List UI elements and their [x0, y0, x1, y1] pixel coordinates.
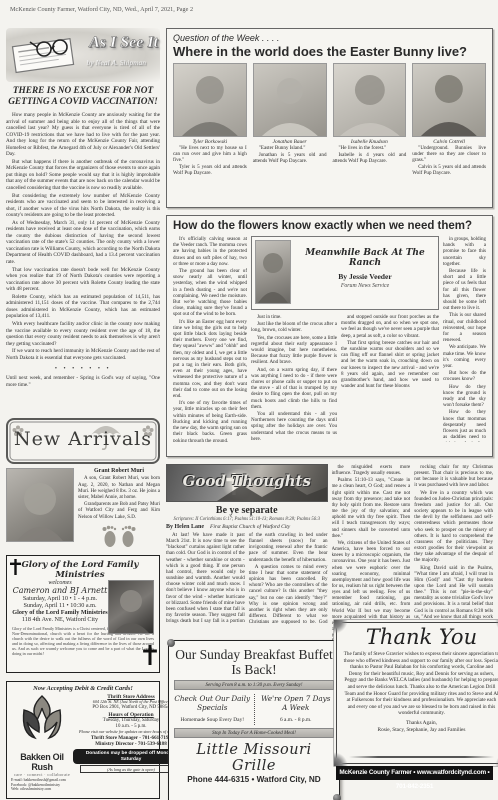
flowers-article-section: How do the flowers know exactly when we …	[166, 215, 493, 457]
grille-left-column: Check Out Our Daily Specials Homemade So…	[174, 694, 251, 725]
grille-hours-text: 6 a.m. - 8 p.m.	[258, 716, 335, 725]
sermon-columns-1-2: At last! We have made it past March 21st…	[166, 532, 328, 628]
grille-ad: Our Sunday Breakfast Buffet Is Back! Ser…	[168, 640, 340, 800]
paragraph: Just like the bloom of the crocus after …	[251, 321, 337, 333]
paragraph: We live in a country which was founded o…	[414, 490, 493, 564]
grille-specials-text: Check Out Our Daily Specials	[174, 694, 251, 712]
dotted-divider	[254, 694, 255, 725]
paragraph: But what happens if there is another out…	[6, 159, 160, 192]
kid-info: Jonathan is 5 years old and attends Wolf…	[253, 152, 327, 164]
corner-flourish-icon	[334, 620, 348, 634]
flowers-headline: How do the flowers know exactly when we …	[173, 220, 486, 232]
paragraph: With every healthcare facility and/or cl…	[6, 321, 160, 347]
column-author: By Jessie Veeder	[295, 272, 435, 281]
kid-photo-calvin	[412, 63, 486, 137]
section-divider-dots: • • • • • • •	[6, 366, 160, 372]
column-title: Meanwhile Back At The Ranch	[295, 248, 435, 268]
flowers-column-1: It's officially calving season at the Ve…	[173, 236, 247, 442]
paragraph: This is our shared ritual, our childhood…	[443, 312, 486, 343]
paragraph: How many people in McKenzie County are a…	[6, 112, 160, 158]
editorial-headline: THERE IS NO EXCUSE FOR NOT GETTING A COV…	[6, 86, 160, 108]
grille-name: Little Missouri Grille	[174, 742, 334, 774]
paragraph: Rolette County, which has an estimated p…	[6, 294, 160, 320]
footprints-icon	[100, 523, 138, 549]
glory-ad-guests: Cameron and BJ Arnett	[12, 586, 108, 595]
paragraph: The ground has been clear of snow nearly…	[173, 268, 247, 318]
paragraph: How do they know the ground is ready and…	[443, 384, 486, 409]
paragraph: rocking chair for my Christmas present. …	[414, 464, 493, 489]
birth-announcement: Grant Robert Muri A son, Grant Robert Mu…	[78, 468, 160, 549]
paragraph: It's officially calving season at the Ve…	[173, 236, 247, 267]
good-thoughts-left: Good Thoughts Be ye separate Scriptures:…	[166, 464, 328, 640]
grille-stopin-banner: Stop In Today For A Home-Cooked Meal!	[174, 728, 334, 738]
sermon-column-3: the misguided exerts more influence. Tra…	[332, 464, 411, 640]
paragraph: Psalms 51:10-13 says, "Create in me a cl…	[332, 477, 411, 539]
guest-speaker-photo	[108, 580, 154, 634]
paragraph: Grandparents are Bob and Patsy Muri of W…	[78, 502, 160, 521]
scriptures-line: Scriptures: II Corinthians 6:17; Psalms …	[166, 517, 328, 522]
bakken-oil-rush-ad: Now Accepting Debit & Credit Cards! Bakk…	[6, 681, 160, 799]
editorial-closing: Until next week, and remember - Spring i…	[6, 375, 160, 388]
paragraph: and stopped outside our front porches as…	[341, 314, 439, 339]
kid-info: Tyler is 5 years old and attends Wolf Pu…	[173, 164, 247, 176]
paragraph: Yes, the crocuses are here, some a littl…	[251, 335, 337, 366]
grille-right-column: We're Open 7 Days A Week 6 a.m. - 8 p.m.	[258, 694, 335, 725]
paragraph: A son, Grant Robert Muri, was born Aug. …	[78, 476, 160, 501]
qow-headline: Where in the world does the Easter Bunny…	[173, 44, 486, 59]
kid-photo-isabelle	[333, 63, 407, 137]
paragraph: As of Wednesday, March 31, only 14 perce…	[6, 220, 160, 266]
gate-note: (As long as the gate is open)	[80, 765, 182, 773]
as-i-see-it-byline: by Neal A. Shipman	[87, 58, 146, 67]
kid-quote: "He lives in the forest."	[333, 145, 407, 151]
cross-icon	[10, 559, 21, 580]
paragraph: That low vaccination rate doesn't bode w…	[6, 267, 160, 293]
bakken-web: Web: oilrushministry.com	[11, 787, 73, 792]
cross-icon	[143, 645, 157, 670]
kid-info: Isabelle is 4 years old and attends Wolf…	[333, 152, 407, 164]
paragraph: How do they know that mommas desperately…	[443, 409, 486, 442]
newspaper-footer-bar: McKenzie County Farmer • www.watfordcity…	[336, 766, 493, 780]
kid-answer-card: Calvin Cottrell "Underground. Bunnies li…	[412, 63, 486, 178]
kid-quote: "He lives next to my house so I can run …	[173, 145, 247, 163]
left-column: As I See It by Neal A. Shipman THERE IS …	[6, 28, 160, 799]
page-header-line: McKenzie County Farmer, Watford City, ND…	[10, 6, 193, 13]
birth-announcement-text: A son, Grant Robert Muri, was born Aug. …	[78, 476, 160, 520]
new-arrivals-title-box: New Arrivals	[6, 418, 160, 464]
bakken-email: E-mail: bakkenoilrush@gmail.com	[11, 778, 73, 783]
corner-flourish-icon	[334, 752, 348, 766]
paragraph: But how do the crocuses know?	[443, 370, 486, 382]
newspaper-glasses-icon	[10, 32, 84, 83]
bakken-tagline: care · connect · collaborate	[11, 772, 73, 777]
flowers-column-4: in groups, holding hands with a promise …	[443, 236, 486, 442]
paragraph: But considering the extremely low number…	[6, 193, 160, 219]
good-thoughts-section: Good Thoughts Be ye separate Scriptures:…	[166, 464, 493, 640]
good-thoughts-title: Good Thoughts	[167, 472, 327, 490]
grille-open-text: We're Open 7 Days A Week	[258, 694, 335, 712]
paragraph: the misguided exerts more influence. Tra…	[332, 464, 411, 476]
kid-quote: "Underground. Bunnies live under there s…	[412, 145, 486, 163]
new-arrivals-content: Grant Robert Muri A son, Grant Robert Mu…	[6, 468, 160, 549]
kid-photo-jonathan	[253, 63, 327, 137]
column-source: Forum News Service	[295, 283, 435, 289]
as-i-see-it-masthead: As I See It by Neal A. Shipman	[6, 28, 160, 82]
kid-answer-card: Tyler Borkowski "He lives next to my hou…	[173, 63, 247, 178]
thank-you-title: Thank You	[343, 625, 498, 649]
baby-name: Grant Robert Muri	[78, 468, 160, 474]
paragraph: And, on a warm spring day, if there was …	[251, 367, 337, 410]
paragraph: It's like an Easter egg hunt every time …	[173, 319, 247, 400]
newspaper-page: McKenzie County Farmer, Watford City, ND…	[0, 0, 498, 800]
glory-ad-date2: Sunday, April 11 • 10:30 a.m.	[12, 602, 108, 609]
glory-ad-address: 118 4th Ave. NE, Watford City	[12, 616, 108, 623]
kid-answer-card: Isabelle Knudson "He lives in the forest…	[333, 63, 407, 178]
paragraph: We anticipate. We make time. We know it'…	[443, 344, 486, 369]
new-arrivals-title: New Arrivals	[8, 428, 158, 450]
thank-you-card: Thank You The family of Steve Gravrier w…	[336, 622, 498, 764]
qow-kicker: Question of the Week . . . .	[173, 33, 486, 43]
paragraph: Because life is short and a little piece…	[443, 268, 486, 311]
sermon-author: By Helen Lane	[166, 524, 204, 530]
good-thoughts-banner: Good Thoughts	[166, 464, 328, 502]
paragraph: It's one of my favorite times of year, l…	[173, 400, 247, 442]
paragraph: in groups, holding hands with a promise …	[443, 236, 486, 267]
jessie-veeder-photo	[255, 240, 291, 304]
new-arrivals-section: New Arrivals Grant Robert Muri A son, Gr…	[6, 418, 160, 549]
glory-ad-title: Glory of the Lord Family Ministries	[12, 560, 148, 580]
sermon-church: First Baptist Church of Watford City	[210, 524, 290, 530]
kid-photo-tyler	[173, 63, 247, 137]
grille-ad-title: Our Sunday Breakfast Buffet Is Back!	[174, 647, 334, 677]
bakken-logo-icon	[17, 694, 67, 746]
sermon-column-4: rocking chair for my Christmas present. …	[414, 464, 493, 640]
thank-you-sign1: Thanks Again,	[343, 720, 498, 727]
grille-phone: Phone 444-6315 • Watford City, ND	[174, 775, 334, 784]
swash-divider	[349, 756, 494, 758]
thank-you-body: The family of Steve Gravrier wishes to e…	[343, 651, 498, 717]
thank-you-sign2: Rosie, Stacy, Stephanie, Jay and Familie…	[343, 727, 498, 734]
as-i-see-it-logo: As I See It	[89, 34, 158, 52]
kid-answer-card: Jonathan Bauer "Easter Bunny Island." Jo…	[253, 63, 327, 178]
paragraph: You all understand this - all you Northe…	[251, 411, 337, 442]
glory-ad-date1: Saturday, April 10 • 1 - 4 p.m.	[12, 595, 108, 602]
bakken-store-name: Bakken Oil Rush	[11, 752, 73, 772]
bakken-logo-block: Bakken Oil Rush care · connect · collabo…	[11, 694, 73, 792]
glory-ministries-ad: Glory of the Lord Family Ministries welc…	[6, 555, 160, 673]
pushpin-icon	[167, 639, 175, 647]
right-area: Question of the Week . . . . Where in th…	[166, 28, 493, 640]
grille-serving-banner: Serving From 8 a.m. to 1:30 p.m. Every S…	[174, 680, 334, 690]
kid-quote: "Easter Bunny Island."	[253, 145, 327, 151]
pushpin-icon	[333, 794, 341, 800]
question-of-week-section: Question of the Week . . . . Where in th…	[166, 28, 493, 208]
paragraph: If we want to reach herd immunity in McK…	[6, 348, 160, 361]
byline-card: Meanwhile Back At The Ranch By Jessie Ve…	[251, 236, 439, 310]
glory-ad-venue: Glory of the Lord Family Ministries	[12, 609, 108, 616]
grille-soup-text: Homemade Soup Every Day!	[174, 716, 251, 725]
bakken-ad-topline: Now Accepting Debit & Credit Cards!	[11, 685, 155, 692]
sermon-title: Be ye separate	[166, 505, 328, 516]
flowers-column-2: Just in time.Just like the bloom of the …	[251, 314, 337, 442]
editorial-body: How many people in McKenzie County are a…	[6, 112, 160, 362]
paragraph: Just in time.	[251, 314, 337, 320]
paragraph: That first spring breeze catches our hai…	[341, 340, 439, 390]
flowers-column-3: and stopped outside our front porches as…	[341, 314, 439, 442]
baby-photo	[6, 468, 74, 542]
kid-info: Calvin is 5 years old and attends Wolf P…	[412, 164, 486, 176]
